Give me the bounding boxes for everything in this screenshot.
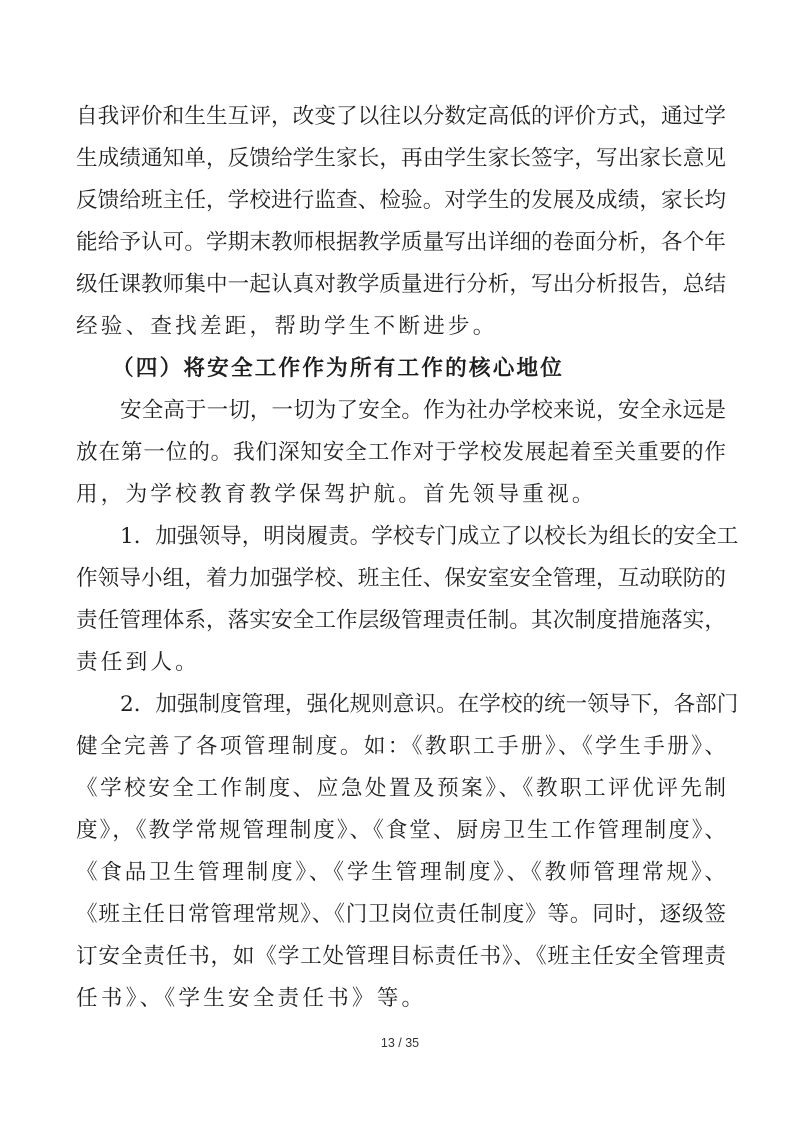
list-item-2-line: 订安全责任书，如《学工处管理目标责任书》、《班主任安全管理责 <box>76 936 726 978</box>
list-item-2-line: 2．加强制度管理，强化规则意识。在学校的统一领导下，各部门 <box>76 684 726 726</box>
paragraph-line: 反馈给班主任，学校进行监查、检验。对学生的发展及成绩，家长均 <box>76 180 726 222</box>
paragraph-line: 放在第一位的。我们深知安全工作对于学校发展起着至关重要的作 <box>76 432 726 474</box>
page-number: 13 / 35 <box>0 1036 800 1050</box>
paragraph-line: 自我评价和生生互评，改变了以往以分数定高低的评价方式，通过学 <box>76 96 726 138</box>
paragraph-line: 安全高于一切，一切为了安全。作为社办学校来说，安全永远是 <box>76 390 726 432</box>
list-item-2-line: 《班主任日常管理常规》、《门卫岗位责任制度》等。同时，逐级签 <box>76 894 726 936</box>
list-item-2-line: 任书》、《学生安全责任书》等。 <box>76 978 726 1020</box>
list-item-2-line: 度》，《教学常规管理制度》、《食堂、厨房卫生工作管理制度》、 <box>76 810 726 852</box>
paragraph-line: 用，为学校教育教学保驾护航。首先领导重视。 <box>76 474 726 516</box>
list-item-2-line: 《食品卫生管理制度》、《学生管理制度》、《教师管理常规》、 <box>76 852 726 894</box>
paragraph-line: 能给予认可。学期末教师根据教学质量写出详细的卷面分析，各个年 <box>76 222 726 264</box>
document-page: 自我评价和生生互评，改变了以往以分数定高低的评价方式，通过学 生成绩通知单，反馈… <box>76 96 726 1020</box>
paragraph-line: 生成绩通知单，反馈给学生家长，再由学生家长签字，写出家长意见 <box>76 138 726 180</box>
list-item-1-line: 责任管理体系，落实安全工作层级管理责任制。其次制度措施落实， <box>76 600 726 642</box>
section-heading: （四）将安全工作作为所有工作的核心地位 <box>76 348 726 390</box>
paragraph-line: 经验、查找差距，帮助学生不断进步。 <box>76 306 726 348</box>
list-item-2-line: 健全完善了各项管理制度。如：《教职工手册》、《学生手册》、 <box>76 726 726 768</box>
list-item-1-line: 作领导小组，着力加强学校、班主任、保安室安全管理，互动联防的 <box>76 558 726 600</box>
list-item-2-line: 《学校安全工作制度、应急处置及预案》、《教职工评优评先制 <box>76 768 726 810</box>
list-item-1-line: 责任到人。 <box>76 642 726 684</box>
list-item-1-line: 1．加强领导，明岗履责。学校专门成立了以校长为组长的安全工 <box>76 516 726 558</box>
paragraph-line: 级任课教师集中一起认真对教学质量进行分析，写出分析报告，总结 <box>76 264 726 306</box>
